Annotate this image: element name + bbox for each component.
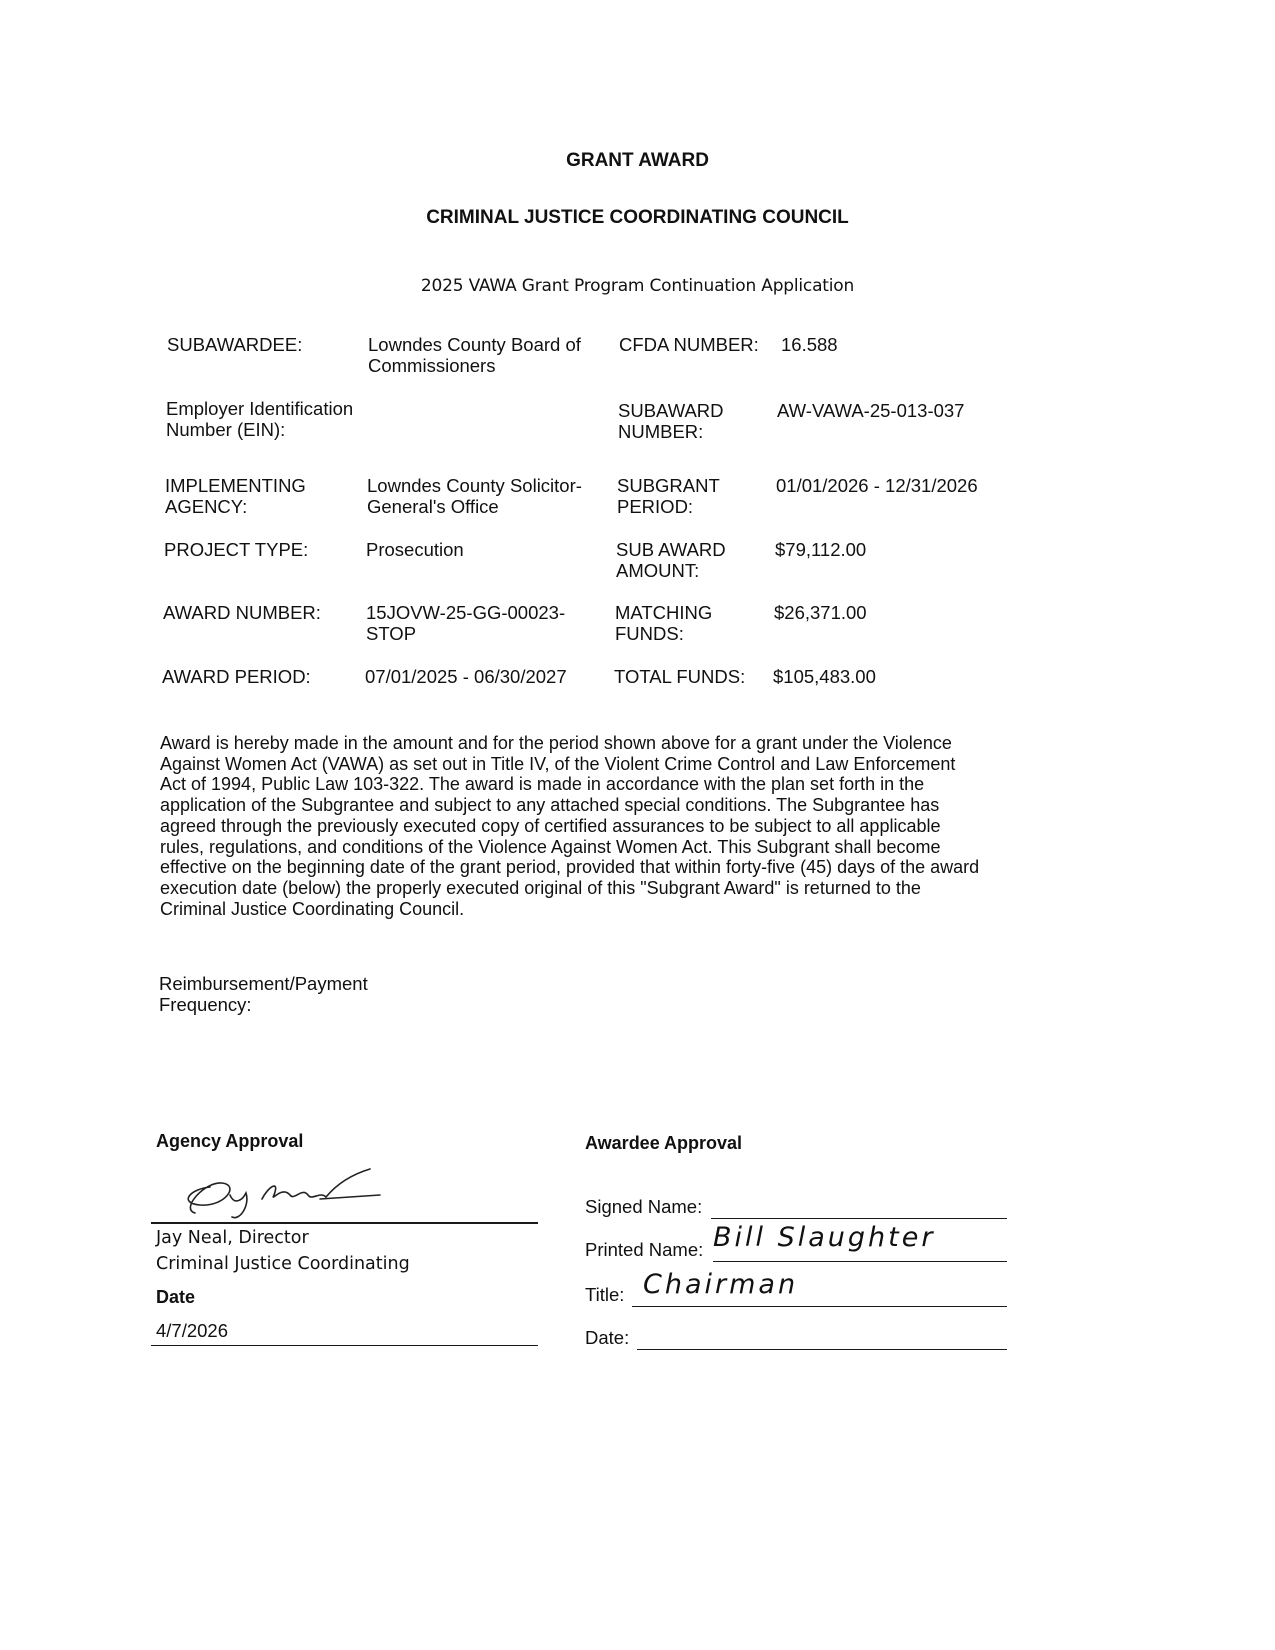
reimbursement-frequency-label: Reimbursement/Payment Frequency:: [159, 973, 368, 1015]
paragraph-line: Criminal Justice Coordinating Council.: [160, 899, 1030, 920]
title-label: Title:: [585, 1284, 624, 1305]
awardee-date-label: Date:: [585, 1327, 629, 1348]
agency-approval-heading: Agency Approval: [156, 1131, 303, 1152]
implementing-agency-value-line: General's Office: [367, 496, 582, 517]
paragraph-line: execution date (below) the properly exec…: [160, 878, 1030, 899]
reimbursement-label-line: Frequency:: [159, 994, 368, 1015]
subgrant-period-label-line: PERIOD:: [617, 496, 720, 517]
implementing-agency-value-line: Lowndes County Solicitor-: [367, 475, 582, 496]
matching-funds-label: MATCHING FUNDS:: [615, 602, 712, 644]
subaward-number-value: AW-VAWA-25-013-037: [777, 400, 964, 421]
subawardee-label: SUBAWARDEE:: [167, 334, 302, 355]
agency-date-line: [151, 1345, 538, 1346]
subaward-number-label-line: SUBAWARD: [618, 400, 724, 421]
subawardee-value-line: Commissioners: [368, 355, 581, 376]
ein-label: Employer Identification Number (EIN):: [166, 398, 353, 440]
subgrant-period-value: 01/01/2026 - 12/31/2026: [776, 475, 978, 496]
award-number-label: AWARD NUMBER:: [163, 602, 321, 623]
awardee-approval-heading: Awardee Approval: [585, 1133, 742, 1154]
title-value: Chairman: [643, 1269, 798, 1300]
sub-award-amount-label: SUB AWARD AMOUNT:: [616, 539, 726, 581]
paragraph-line: agreed through the previously executed c…: [160, 816, 1030, 837]
organization-heading: CRIMINAL JUSTICE COORDINATING COUNCIL: [0, 207, 1275, 229]
subgrant-period-label: SUBGRANT PERIOD:: [617, 475, 720, 517]
implementing-agency-label-line: AGENCY:: [165, 496, 306, 517]
subgrant-period-label-line: SUBGRANT: [617, 475, 720, 496]
paragraph-line: Award is hereby made in the amount and f…: [160, 733, 1030, 754]
signed-name-field[interactable]: [711, 1218, 1007, 1219]
award-number-value: 15JOVW-25-GG-00023- STOP: [366, 602, 565, 644]
paragraph-line: Against Women Act (VAWA) as set out in T…: [160, 754, 1030, 775]
award-number-value-line: 15JOVW-25-GG-00023-: [366, 602, 565, 623]
agency-date-label: Date: [156, 1287, 195, 1308]
signed-name-label: Signed Name:: [585, 1196, 702, 1217]
document-title: GRANT AWARD: [0, 150, 1275, 172]
cfda-value: 16.588: [781, 334, 838, 355]
sub-award-amount-value: $79,112.00: [775, 539, 866, 560]
ein-label-line: Employer Identification: [166, 398, 353, 419]
subawardee-value-line: Lowndes County Board of: [368, 334, 581, 355]
sub-award-amount-label-line: AMOUNT:: [616, 560, 726, 581]
ein-label-line: Number (EIN):: [166, 419, 353, 440]
total-funds-value: $105,483.00: [773, 666, 876, 687]
reimbursement-label-line: Reimbursement/Payment: [159, 973, 368, 994]
implementing-agency-label: IMPLEMENTING AGENCY:: [165, 475, 306, 517]
implementing-agency-label-line: IMPLEMENTING: [165, 475, 306, 496]
award-period-label: AWARD PERIOD:: [162, 666, 311, 687]
implementing-agency-value: Lowndes County Solicitor- General's Offi…: [367, 475, 582, 517]
project-type-value: Prosecution: [366, 539, 464, 560]
matching-funds-label-line: MATCHING: [615, 602, 712, 623]
paragraph-line: Act of 1994, Public Law 103-322. The awa…: [160, 774, 1030, 795]
agency-date-value: 4/7/2026: [156, 1320, 228, 1341]
printed-name-value: Bill Slaughter: [713, 1222, 935, 1253]
director-name: Jay Neal, Director: [156, 1228, 309, 1248]
printed-name-field[interactable]: [713, 1261, 1007, 1262]
director-signature-icon: [170, 1165, 400, 1223]
agency-signature-line: [151, 1222, 538, 1224]
paragraph-line: rules, regulations, and conditions of th…: [160, 837, 1030, 858]
paragraph-line: effective on the beginning date of the g…: [160, 857, 1030, 878]
total-funds-label: TOTAL FUNDS:: [614, 666, 745, 687]
title-field[interactable]: [632, 1306, 1007, 1307]
award-terms-paragraph: Award is hereby made in the amount and f…: [160, 733, 1030, 919]
project-type-label: PROJECT TYPE:: [164, 539, 308, 560]
subaward-number-label: SUBAWARD NUMBER:: [618, 400, 724, 442]
awardee-date-field[interactable]: [637, 1349, 1007, 1350]
program-subtitle: 2025 VAWA Grant Program Continuation App…: [0, 276, 1275, 296]
paragraph-line: application of the Subgrantee and subjec…: [160, 795, 1030, 816]
cfda-label: CFDA NUMBER:: [619, 334, 759, 355]
printed-name-label: Printed Name:: [585, 1239, 703, 1260]
director-organization: Criminal Justice Coordinating: [156, 1254, 410, 1274]
award-number-value-line: STOP: [366, 623, 565, 644]
subaward-number-label-line: NUMBER:: [618, 421, 724, 442]
subawardee-value: Lowndes County Board of Commissioners: [368, 334, 581, 376]
matching-funds-label-line: FUNDS:: [615, 623, 712, 644]
matching-funds-value: $26,371.00: [774, 602, 867, 623]
sub-award-amount-label-line: SUB AWARD: [616, 539, 726, 560]
award-period-value: 07/01/2025 - 06/30/2027: [365, 666, 567, 687]
